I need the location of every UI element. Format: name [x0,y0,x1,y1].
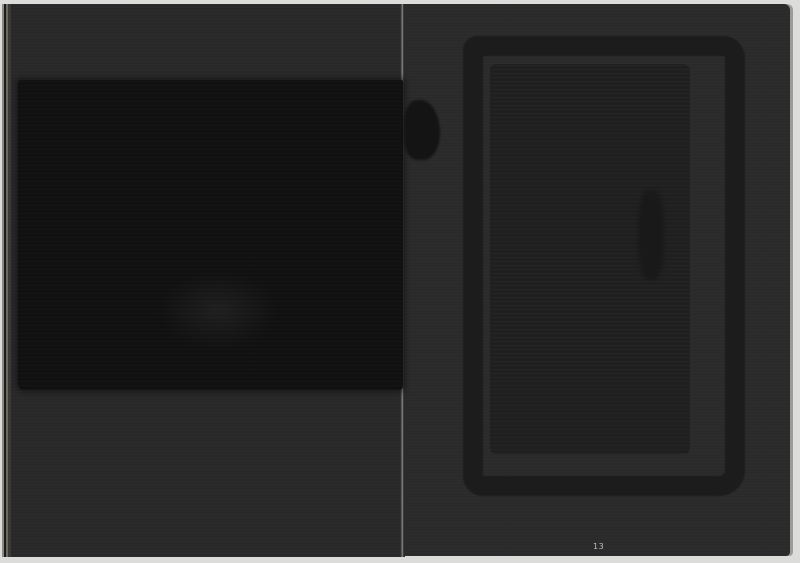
page-number: 13 [593,542,604,551]
book-spread-photo: 13 [0,0,800,563]
painted-frame-outline [463,36,745,496]
black-painted-rectangle [18,80,403,390]
brush-mark [638,190,664,280]
